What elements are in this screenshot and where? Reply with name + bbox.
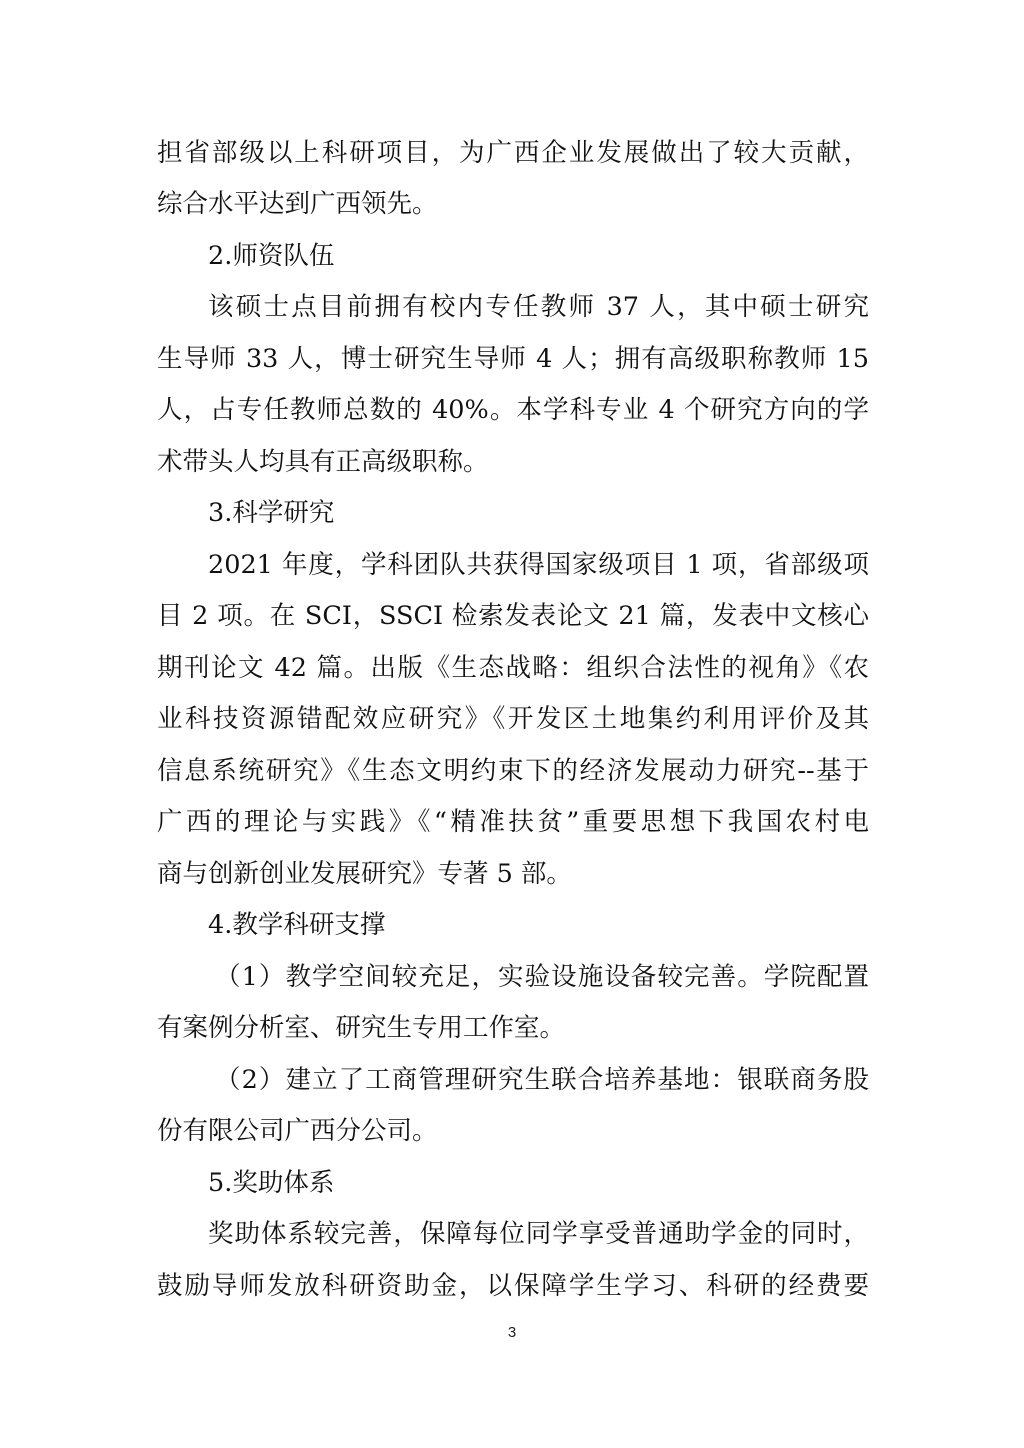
section-heading-faculty: 2.师资队伍 — [208, 240, 869, 272]
document-page: 担省部级以上科研项目，为广西企业发展做出了较大贡献， 综合水平达到广西领先。 2… — [0, 0, 1024, 1448]
page-number: 3 — [0, 1324, 1024, 1341]
body-text-line: 该硕士点目前拥有校内专任教师 37 人，其中硕士研究 — [208, 291, 869, 323]
body-text-line: 担省部级以上科研项目，为广西企业发展做出了较大贡献， — [157, 137, 869, 169]
body-text-line: （1）教学空间较充足，实验设施设备较完善。学院配置 — [215, 961, 869, 993]
section-heading-scholarship: 5.奖助体系 — [208, 1167, 869, 1199]
body-text-line: 综合水平达到广西领先。 — [157, 188, 869, 220]
body-text-line: 广西的理论与实践》《“精准扶贫”重要思想下我国农村电 — [157, 806, 869, 838]
body-text-line: 2021 年度，学科团队共获得国家级项目 1 项，省部级项 — [208, 549, 869, 581]
section-heading-research: 3.科学研究 — [208, 497, 869, 529]
body-text-line: 信息系统研究》《生态文明约束下的经济发展动力研究--基于 — [157, 755, 869, 787]
section-heading-support: 4.教学科研支撑 — [208, 909, 869, 941]
body-text-line: 期刊论文 42 篇。出版《生态战略：组织合法性的视角》《农 — [157, 652, 869, 684]
body-text-line: 鼓励导师发放科研资助金，以保障学生学习、科研的经费要 — [157, 1270, 869, 1302]
body-text-line: 目 2 项。在 SCI，SSCI 检索发表论文 21 篇，发表中文核心 — [157, 600, 869, 632]
body-text-line: 奖助体系较完善，保障每位同学享受普通助学金的同时， — [208, 1218, 869, 1250]
body-text-line: 生导师 33 人，博士研究生导师 4 人；拥有高级职称教师 15 — [157, 343, 869, 375]
body-text-line: 人，占专任教师总数的 40%。本学科专业 4 个研究方向的学 — [157, 394, 869, 426]
body-text-line: 术带头人均具有正高级职称。 — [157, 446, 869, 478]
body-text-line: 有案例分析室、研究生专用工作室。 — [157, 1012, 869, 1044]
body-text-line: 份有限公司广西分公司。 — [157, 1115, 869, 1147]
body-text-line: 商与创新创业发展研究》专著 5 部。 — [157, 858, 869, 890]
body-text-line: （2）建立了工商管理研究生联合培养基地：银联商务股 — [215, 1064, 869, 1096]
body-text-line: 业科技资源错配效应研究》《开发区土地集约利用评价及其 — [157, 703, 869, 735]
